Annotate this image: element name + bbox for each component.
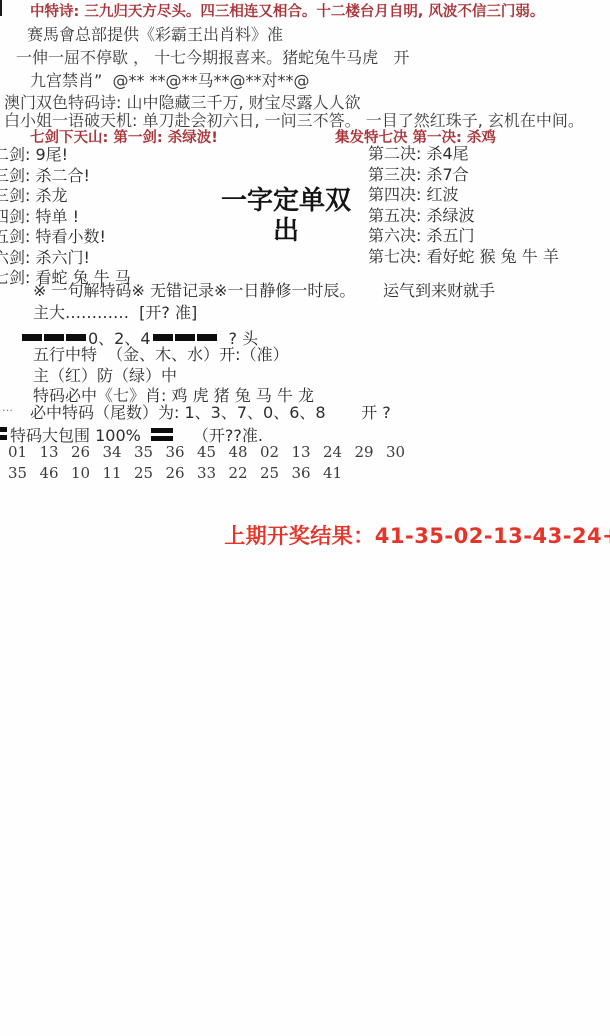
zhu-fang-line: 主（红）防（绿）中 [33, 367, 177, 385]
number-cell: 13 [40, 443, 72, 461]
tactic-item: 第三决: 杀7合 [368, 166, 559, 184]
last-draw-result: 上期开奖结果：41-35-02-13-43-24+49 [193, 496, 610, 574]
black-bars-right [153, 334, 217, 341]
macau-poem-line: 澳门双色特码诗: 山中隐藏三千万, 财宝尽露人人欲 [4, 94, 361, 112]
number-cell: 25 [134, 464, 166, 482]
tactic-item: 第五决: 杀绿波 [368, 207, 559, 225]
zhu-da-line: 主大………… [开? 准] [33, 304, 197, 322]
sword-item: 四剑: 特单 ! [0, 208, 131, 226]
number-cell: 01 [8, 443, 40, 461]
number-cell: 22 [229, 464, 261, 482]
number-cell: 46 [40, 464, 72, 482]
number-cell: 45 [197, 443, 229, 461]
number-row-1: 01132634353645480213242930 [8, 443, 418, 461]
weishu-line: 必中特码（尾数）为: 1、3、7、0、6、8 开 ? [30, 404, 391, 422]
last-draw-result-value: 41-35-02-13-43-24+49 [375, 524, 610, 548]
number-cell: 02 [260, 443, 292, 461]
number-cell: 29 [355, 443, 387, 461]
clipped-double-bar [0, 427, 7, 440]
wuxing-line: 五行中特 （金、木、水）开:（准） [33, 346, 289, 364]
sword-item: 三剑: 杀龙 [0, 187, 131, 205]
number-cell: 13 [292, 443, 324, 461]
number-cell: 48 [229, 443, 261, 461]
sword-item: 五剑: 特看小数! [0, 228, 131, 246]
number-cell: 26 [166, 464, 198, 482]
last-draw-result-label: 上期开奖结果： [224, 524, 375, 548]
number-cell: 11 [103, 464, 135, 482]
number-row-2: 3546101125263322253641 [8, 464, 355, 482]
zhongte-poem-line: 中特诗: 三九归天方尽头。四三相连又相合。十二楼台月自明, 风波不信三门弱。 [30, 3, 544, 21]
tactic-item: 第二决: 杀4尾 [368, 145, 559, 163]
number-cell: 41 [323, 464, 355, 482]
scan-artifact [0, 0, 2, 16]
tactic-item: 第七决: 看好蛇 猴 兔 牛 羊 [368, 248, 559, 266]
sword-item: 六剑: 杀六门! [0, 249, 131, 267]
solve-tema-line: ※ 一句解特码※ 无错记录※一日静修一时辰。 [33, 282, 355, 300]
tactic-item: 第六决: 杀五门 [368, 227, 559, 245]
number-cell: 34 [103, 443, 135, 461]
number-cell: 30 [386, 443, 418, 461]
number-cell: 35 [134, 443, 166, 461]
number-cell: 24 [323, 443, 355, 461]
double-bar-icon [151, 428, 173, 441]
number-cell: 33 [197, 464, 229, 482]
jiugong-line: 九宫禁肖” @** **@**马**@**对**@ [30, 72, 310, 90]
swords-list: 二剑: 9尾! 三剑: 杀二合! 三剑: 杀龙 四剑: 特单 ! 五剑: 特看小… [0, 146, 131, 290]
luck-line: 运气到来财就手 [383, 282, 495, 300]
number-cell: 26 [71, 443, 103, 461]
baixiaojie-line: 白小姐一语破天机: 单刀赴会初六日, 一问三不答。 一目了然红珠子, 玄机在中间… [4, 112, 584, 130]
center-headline-line2: 出 [210, 216, 362, 246]
number-cell: 10 [71, 464, 103, 482]
tactics-list: 第二决: 杀4尾 第三决: 杀7合 第四决: 红波 第五决: 杀绿波 第六决: … [368, 145, 559, 268]
sword-item: 二剑: 9尾! [0, 146, 131, 164]
lottery-tip-sheet: 中特诗: 三九归天方尽头。四三相连又相合。十二楼台月自明, 风波不信三门弱。 赛… [0, 0, 610, 1036]
center-headline-line1: 一字定单双 [210, 186, 362, 216]
number-cell: 36 [292, 464, 324, 482]
number-cell: 35 [8, 464, 40, 482]
number-cell: 36 [166, 443, 198, 461]
jockey-club-line: 赛馬會总部提供《彩霸王出肖料》准 [27, 26, 283, 44]
stray-dots: ‥. [2, 401, 13, 414]
center-headline: 一字定单双 出 [210, 186, 362, 246]
tactic-item: 第四决: 红波 [368, 186, 559, 204]
number-cell: 25 [260, 464, 292, 482]
sword-item: 三剑: 杀二合! [0, 167, 131, 185]
stretch-poem-line: 一伸一屈不停歇 ， 十七今期报喜来。猪蛇兔牛马虎 开 [16, 49, 409, 67]
black-bars-left [22, 334, 86, 341]
